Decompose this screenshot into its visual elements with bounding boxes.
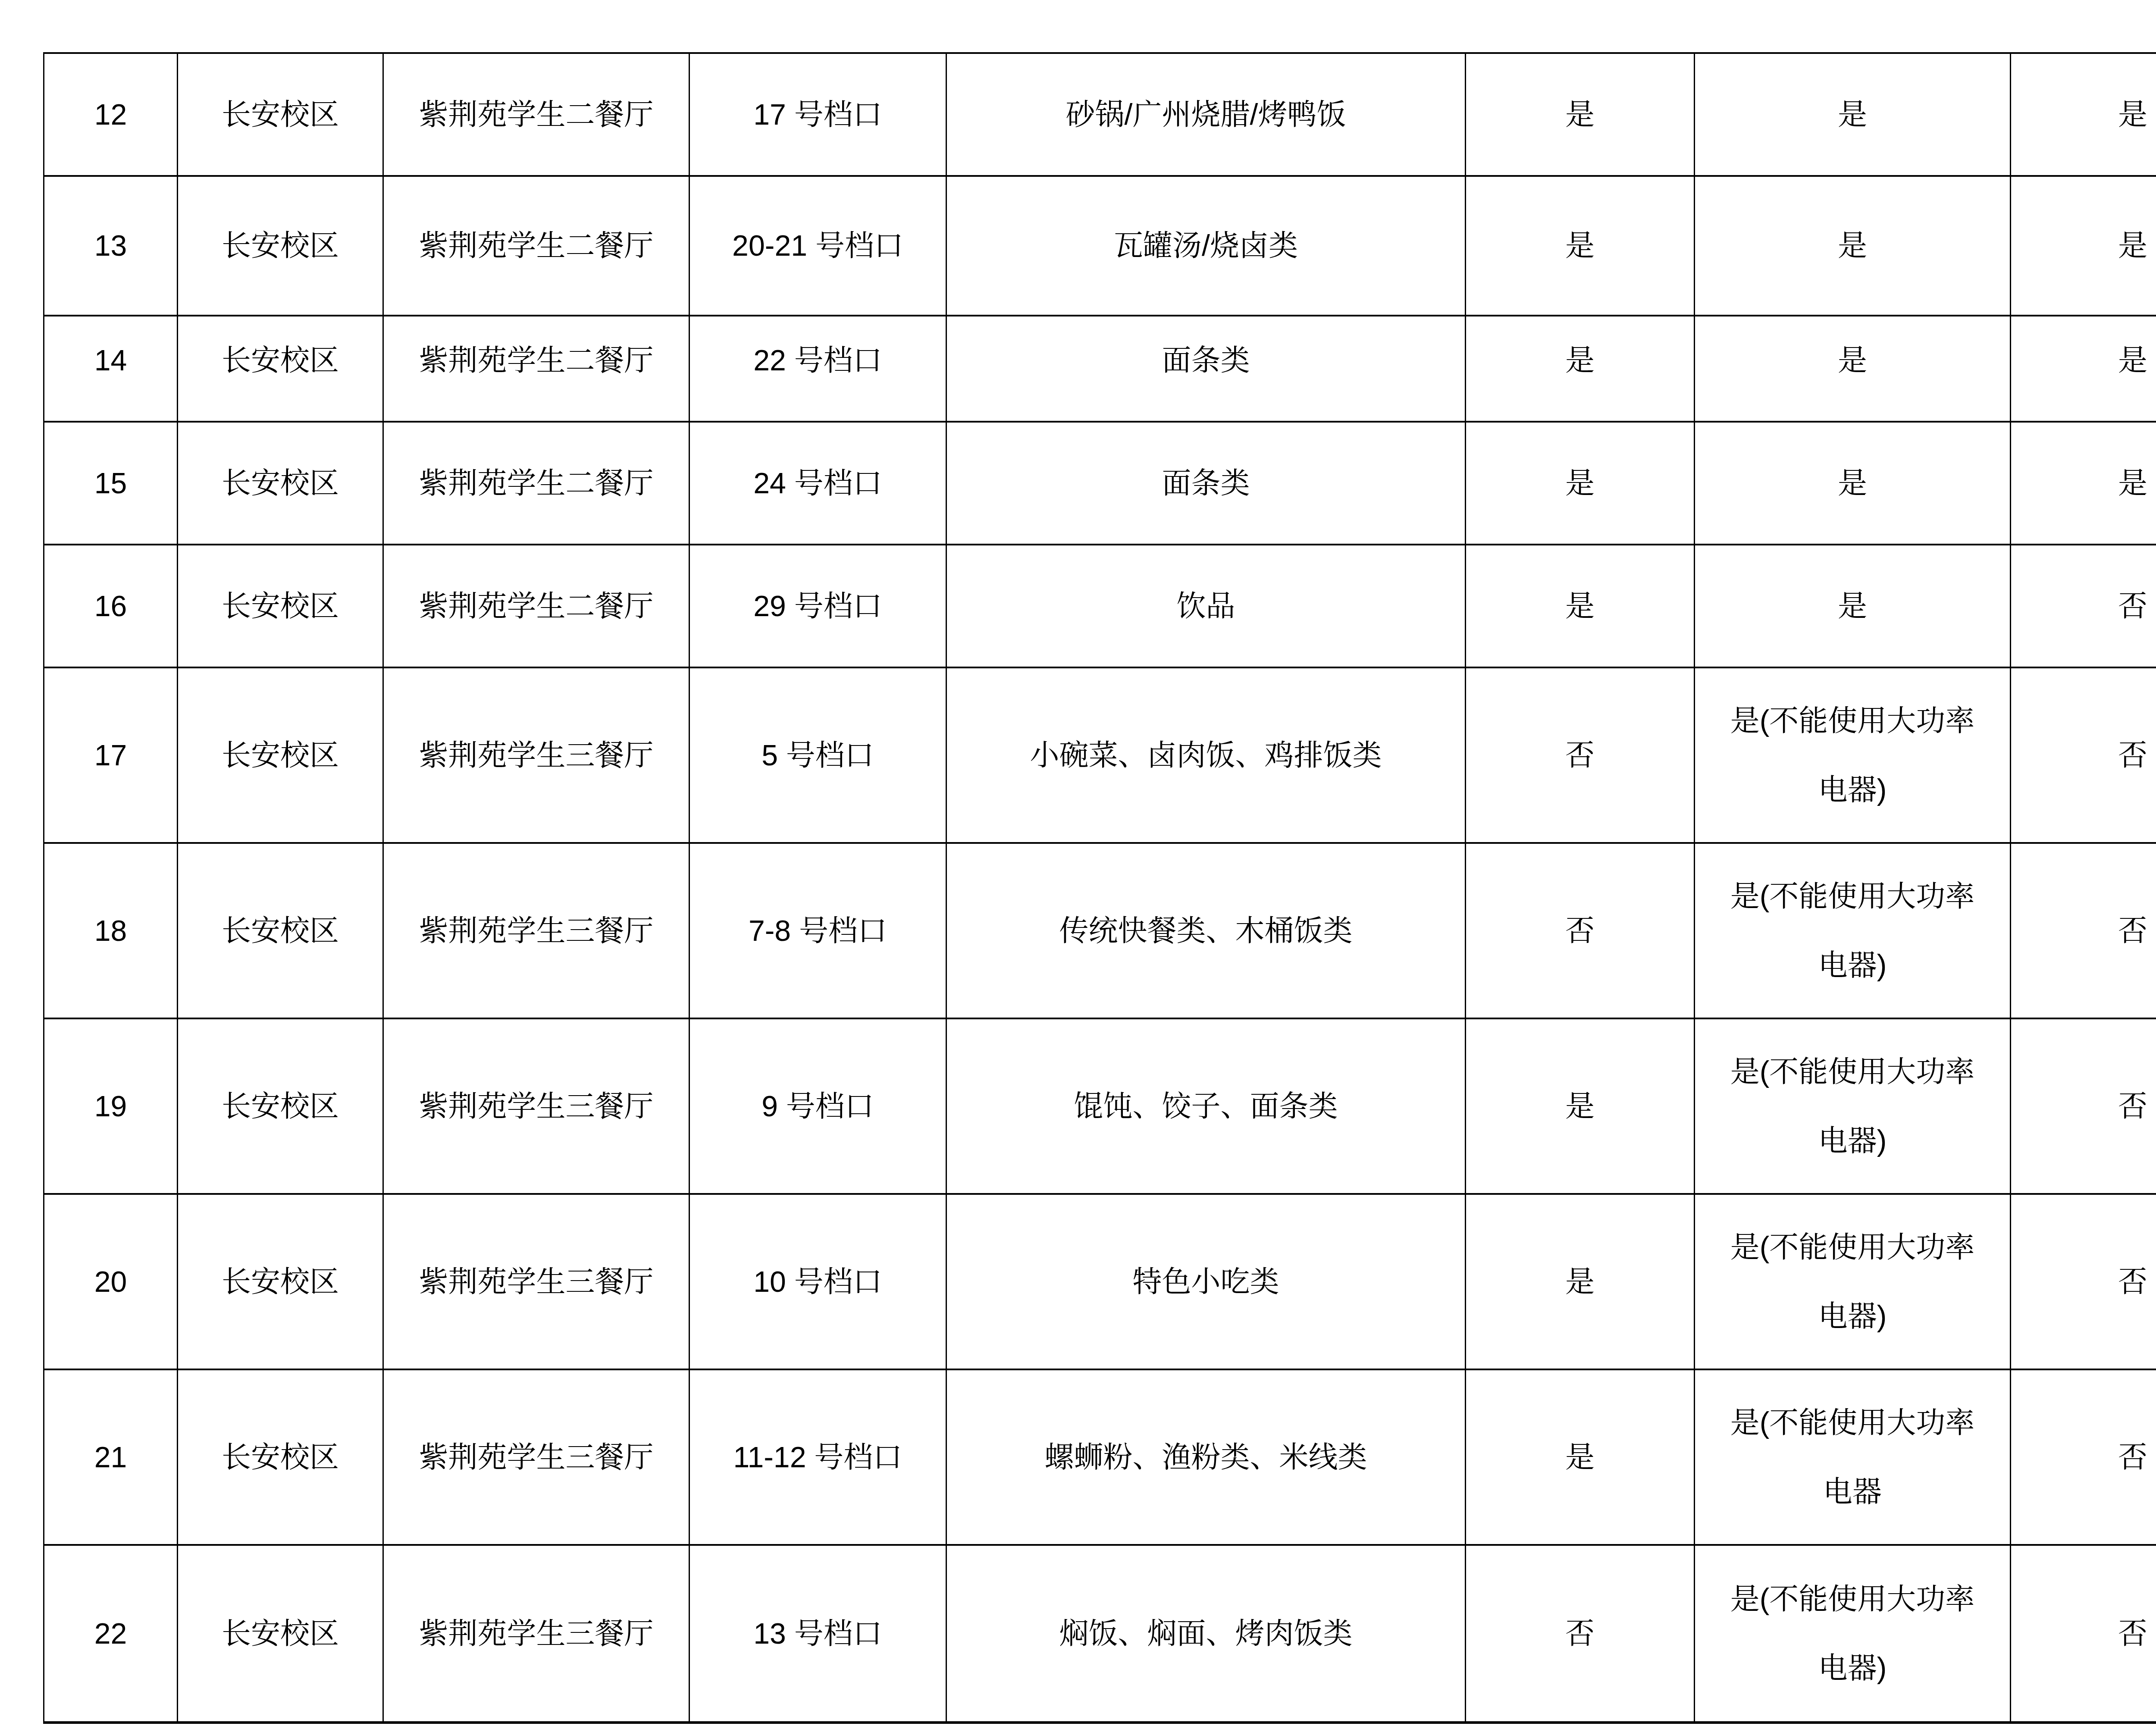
cell-flag1: 是 [1466, 177, 1695, 316]
cell-canteen: 紫荆苑学生二餐厅 [384, 177, 690, 316]
cell-stall: 24 号档口 [690, 423, 947, 545]
cell-flag1: 是 [1466, 1195, 1695, 1370]
cell-flag1: 否 [1466, 1546, 1695, 1721]
cell-flag3: 是 [2011, 54, 2156, 177]
cell-category: 传统快餐类、木桶饭类 [947, 844, 1466, 1019]
cell-category: 砂锅/广州烧腊/烤鸭饭 [947, 54, 1466, 177]
cell-row-number: 12 [44, 54, 178, 177]
cell-row-number: 21 [44, 1370, 178, 1546]
cell-category: 馄饨、饺子、面条类 [947, 1019, 1466, 1195]
cell-row-number: 18 [44, 844, 178, 1019]
cell-flag1: 是 [1466, 423, 1695, 545]
table-row: 18 长安校区 紫荆苑学生三餐厅 7-8 号档口 传统快餐类、木桶饭类 否 是(… [44, 844, 2156, 1019]
cell-campus: 长安校区 [178, 1370, 384, 1546]
cell-campus: 长安校区 [178, 1546, 384, 1721]
cell-flag3: 否 [2011, 1370, 2156, 1546]
cell-flag3: 否 [2011, 545, 2156, 668]
cell-canteen: 紫荆苑学生三餐厅 [384, 1370, 690, 1546]
cell-row-number: 22 [44, 1546, 178, 1721]
cell-flag1: 是 [1466, 545, 1695, 668]
cell-category: 小碗菜、卤肉饭、鸡排饭类 [947, 668, 1466, 844]
cell-campus: 长安校区 [178, 545, 384, 668]
cell-flag1: 否 [1466, 668, 1695, 844]
cell-flag2: 是 [1695, 545, 2011, 668]
cell-flag3: 否 [2011, 1546, 2156, 1721]
table-row: 15 长安校区 紫荆苑学生二餐厅 24 号档口 面条类 是 是 是 冰柜、操作台… [44, 423, 2156, 545]
cell-stall: 22 号档口 [690, 300, 947, 423]
cell-canteen: 紫荆苑学生三餐厅 [384, 844, 690, 1019]
cell-flag1: 是 [1466, 300, 1695, 423]
cell-campus: 长安校区 [178, 300, 384, 423]
document-page: 12 长安校区 紫荆苑学生二餐厅 17 号档口 砂锅/广州烧腊/烤鸭饭 是 是 … [0, 0, 2156, 1729]
cell-canteen: 紫荆苑学生二餐厅 [384, 54, 690, 177]
cell-category: 面条类 [947, 300, 1466, 423]
cell-flag2: 是(不能使用大功率 电器) [1695, 1546, 2011, 1721]
cell-canteen: 紫荆苑学生三餐厅 [384, 1195, 690, 1370]
cell-flag2: 是(不能使用大功率 电器) [1695, 668, 2011, 844]
cell-campus: 长安校区 [178, 1019, 384, 1195]
cell-flag3: 否 [2011, 1195, 2156, 1370]
cell-flag3: 否 [2011, 844, 2156, 1019]
canteen-stall-table: 12 长安校区 紫荆苑学生二餐厅 17 号档口 砂锅/广州烧腊/烤鸭饭 是 是 … [43, 52, 2156, 1724]
cell-stall: 11-12 号档口 [690, 1370, 947, 1546]
cell-flag2: 是 [1695, 54, 2011, 177]
cell-stall: 29 号档口 [690, 545, 947, 668]
cell-canteen: 紫荆苑学生三餐厅 [384, 668, 690, 844]
cell-flag3: 否 [2011, 668, 2156, 844]
cell-flag2: 是(不能使用大功率 电器) [1695, 844, 2011, 1019]
table-row: 12 长安校区 紫荆苑学生二餐厅 17 号档口 砂锅/广州烧腊/烤鸭饭 是 是 … [44, 54, 2156, 177]
cell-stall: 7-8 号档口 [690, 844, 947, 1019]
table-row: 21 长安校区 紫荆苑学生三餐厅 11-12 号档口 螺蛳粉、渔粉类、米线类 是… [44, 1370, 2156, 1546]
cell-canteen: 紫荆苑学生二餐厅 [384, 300, 690, 423]
cell-flag2: 是(不能使用大功率 电器 [1695, 1370, 2011, 1546]
cell-stall: 10 号档口 [690, 1195, 947, 1370]
cell-flag1: 是 [1466, 1370, 1695, 1546]
cell-category: 瓦罐汤/烧卤类 [947, 177, 1466, 316]
cell-campus: 长安校区 [178, 54, 384, 177]
cell-row-number: 15 [44, 423, 178, 545]
cell-flag2: 是 [1695, 423, 2011, 545]
table-row: 20 长安校区 紫荆苑学生三餐厅 10 号档口 特色小吃类 是 是(不能使用大功… [44, 1195, 2156, 1370]
cell-row-number: 17 [44, 668, 178, 844]
cell-stall: 17 号档口 [690, 54, 947, 177]
cell-flag1: 是 [1466, 1019, 1695, 1195]
cell-row-number: 13 [44, 177, 178, 316]
cell-stall: 9 号档口 [690, 1019, 947, 1195]
cell-campus: 长安校区 [178, 844, 384, 1019]
table-row: 17 长安校区 紫荆苑学生三餐厅 5 号档口 小碗菜、卤肉饭、鸡排饭类 否 是(… [44, 668, 2156, 844]
cell-canteen: 紫荆苑学生三餐厅 [384, 1546, 690, 1721]
cell-row-number: 19 [44, 1019, 178, 1195]
cell-stall: 20-21 号档口 [690, 177, 947, 316]
cell-flag1: 是 [1466, 54, 1695, 177]
cell-category: 螺蛳粉、渔粉类、米线类 [947, 1370, 1466, 1546]
table-row: 13 长安校区 紫荆苑学生二餐厅 20-21 号档口 瓦罐汤/烧卤类 是 是 是… [44, 177, 2156, 300]
table-row: 16 长安校区 紫荆苑学生二餐厅 29 号档口 饮品 是 是 否 无 [44, 545, 2156, 668]
cell-campus: 长安校区 [178, 668, 384, 844]
cell-campus: 长安校区 [178, 177, 384, 316]
cell-stall: 5 号档口 [690, 668, 947, 844]
cell-category: 焖饭、焖面、烤肉饭类 [947, 1546, 1466, 1721]
cell-flag1: 否 [1466, 844, 1695, 1019]
cell-stall: 13 号档口 [690, 1546, 947, 1721]
cell-category: 面条类 [947, 423, 1466, 545]
cell-row-number: 14 [44, 300, 178, 423]
table-row: 14 长安校区 紫荆苑学生二餐厅 22 号档口 面条类 是 是 是 冰柜、操作台… [44, 300, 2156, 423]
cell-canteen: 紫荆苑学生二餐厅 [384, 545, 690, 668]
cell-canteen: 紫荆苑学生三餐厅 [384, 1019, 690, 1195]
cell-row-number: 16 [44, 545, 178, 668]
table-row: 19 长安校区 紫荆苑学生三餐厅 9 号档口 馄饨、饺子、面条类 是 是(不能使… [44, 1019, 2156, 1195]
cell-flag2: 是 [1695, 177, 2011, 316]
cell-category: 饮品 [947, 545, 1466, 668]
cell-row-number: 20 [44, 1195, 178, 1370]
cell-campus: 长安校区 [178, 1195, 384, 1370]
cell-flag3: 否 [2011, 1019, 2156, 1195]
cell-flag2: 是 [1695, 300, 2011, 423]
cell-flag2: 是(不能使用大功率 电器) [1695, 1195, 2011, 1370]
cell-flag2: 是(不能使用大功率 电器) [1695, 1019, 2011, 1195]
cell-campus: 长安校区 [178, 423, 384, 545]
cell-flag3: 是 [2011, 300, 2156, 423]
cell-canteen: 紫荆苑学生二餐厅 [384, 423, 690, 545]
table-row: 22 长安校区 紫荆苑学生三餐厅 13 号档口 焖饭、焖面、烤肉饭类 否 是(不… [44, 1546, 2156, 1721]
cell-flag3: 是 [2011, 177, 2156, 316]
cell-flag3: 是 [2011, 423, 2156, 545]
cell-category: 特色小吃类 [947, 1195, 1466, 1370]
